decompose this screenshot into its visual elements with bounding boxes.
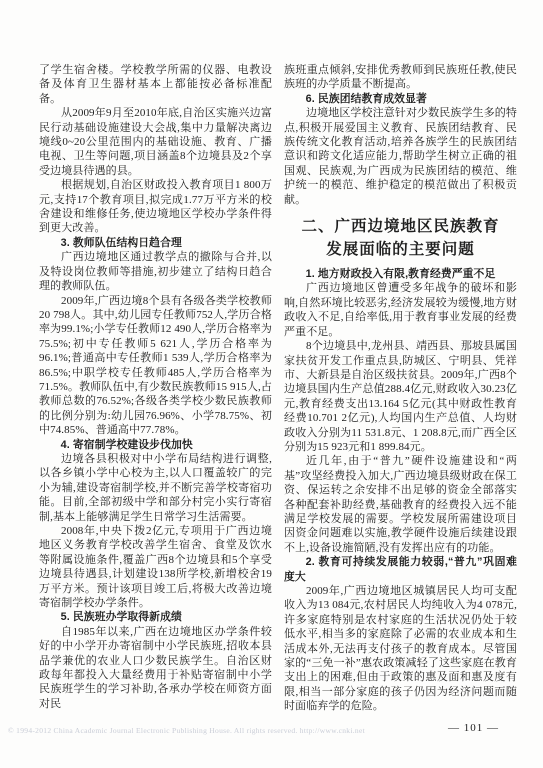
paragraph: 广西边境地区曾遭受多年战争的破坏和影响,自然环境比较恶劣,经济发展较为缓慢,地方… — [284, 281, 517, 339]
paragraph: 边境地区学校注意针对少数民族学生多的特点,积极开展爱国主义教育、民族团结教育、民… — [284, 106, 517, 207]
subsection-heading: 4. 寄宿制学校建设步伐加快 — [39, 438, 272, 452]
paragraph: 2008年,中央下拨2亿元,专项用于广西边境地区义务教育学校改善学生宿舍、食堂及… — [39, 524, 272, 610]
subsection-heading: 3. 教师队伍结构日趋合理 — [39, 236, 272, 250]
subsection-heading: 1. 地方财政投入有限,教育经费严重不足 — [284, 267, 517, 281]
paragraph: 自1985年以来,广西在边境地区办学条件较好的中小学开办寄宿制中小学民族班,招收… — [39, 625, 272, 711]
paragraph: 近几年,由于“普九”硬件设施建设和“两基”攻坚经费投入加大,广西边境县级财政在保… — [284, 454, 517, 555]
subsection-heading: 5. 民族班办学取得新成绩 — [39, 610, 272, 624]
paragraph: 广西边境地区通过教学点的撤除与合并,以及特设岗位教师等措施,初步建立了结构日趋合… — [39, 250, 272, 293]
paragraph: 边境各县积极对中小学布局结构进行调整,以各乡镇小学中心校为主,以人口覆盖较广的完… — [39, 452, 272, 524]
text-columns: 了学生宿舍楼。学校教学所需的仪器、电教设备及体育卫生器材基本上都能按必备标准配备… — [39, 63, 517, 735]
paragraph: 2009年,广西边境8个县有各级各类学校教师20 798人。其中,幼儿园专任教师… — [39, 294, 272, 438]
journal-page: 了学生宿舍楼。学校教学所需的仪器、电教设备及体育卫生器材基本上都能按必备标准配备… — [0, 0, 543, 768]
paragraph: 8个边境县中,龙州县、靖西县、那坡县属国家扶贫开发工作重点县,防城区、宁明县、凭… — [284, 339, 517, 454]
left-column: 了学生宿舍楼。学校教学所需的仪器、电教设备及体育卫生器材基本上都能按必备标准配备… — [39, 63, 272, 735]
paragraph: 根据规划,自治区财政投入教育项目1 800万元,支持17个教育项目,拟完成1.7… — [39, 178, 272, 236]
paragraph: 从2009年9月至2010年底,自治区实施兴边富民行动基础设施建设大会战,集中力… — [39, 106, 272, 178]
subsection-heading: 2. 教育可持续发展能力较弱,“普九”巩固难度大 — [284, 555, 517, 584]
right-column: 族班重点倾斜,安排优秀教师到民族班任教,使民族班的办学质量不断提高。6. 民族团… — [284, 63, 517, 735]
paragraph-continued: 族班重点倾斜,安排优秀教师到民族班任教,使民族班的办学质量不断提高。 — [284, 63, 517, 92]
section-title: 二、广西边境地区民族教育 — [284, 215, 517, 238]
subsection-heading: 6. 民族团结教育成效显著 — [284, 92, 517, 106]
paragraph: 2009年,广西边境地区城镇居民人均可支配收入为13 084元,农村居民人均纯收… — [284, 584, 517, 714]
paragraph-continued: 了学生宿舍楼。学校教学所需的仪器、电教设备及体育卫生器材基本上都能按必备标准配备… — [39, 63, 272, 106]
section-title: 发展面临的主要问题 — [284, 238, 517, 261]
copyright-watermark: © 1994-2012 China Academic Journal Elect… — [8, 726, 365, 735]
